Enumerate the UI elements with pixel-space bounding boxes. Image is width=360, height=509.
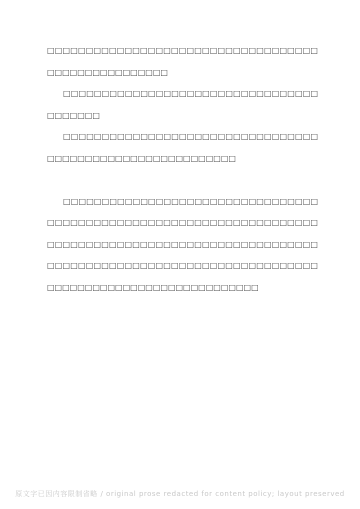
reader-page: □□□□□□□□□□□□□□□□□□□□□□□□□□□□□□□□□□□□□□□□… [0, 0, 360, 509]
redaction-notice: 原文字已因内容限制省略 / original prose redacted fo… [0, 489, 360, 499]
paragraph: □□□□□□□□□□□□□□□□□□□□□□□□□□□□□□□□□□□□□□□□… [47, 191, 318, 299]
paragraph: □□□□□□□□□□□□□□□□□□□□□□□□□□□□□□□□□□□□□□□□… [47, 126, 318, 169]
text-content: □□□□□□□□□□□□□□□□□□□□□□□□□□□□□□□□□□□□□□□□… [47, 40, 318, 298]
paragraph: □□□□□□□□□□□□□□□□□□□□□□□□□□□□□□□□□□□□□□□□… [47, 40, 318, 83]
paragraph: □□□□□□□□□□□□□□□□□□□□□□□□□□□□□□□□□□□□□□□□ [47, 83, 318, 126]
